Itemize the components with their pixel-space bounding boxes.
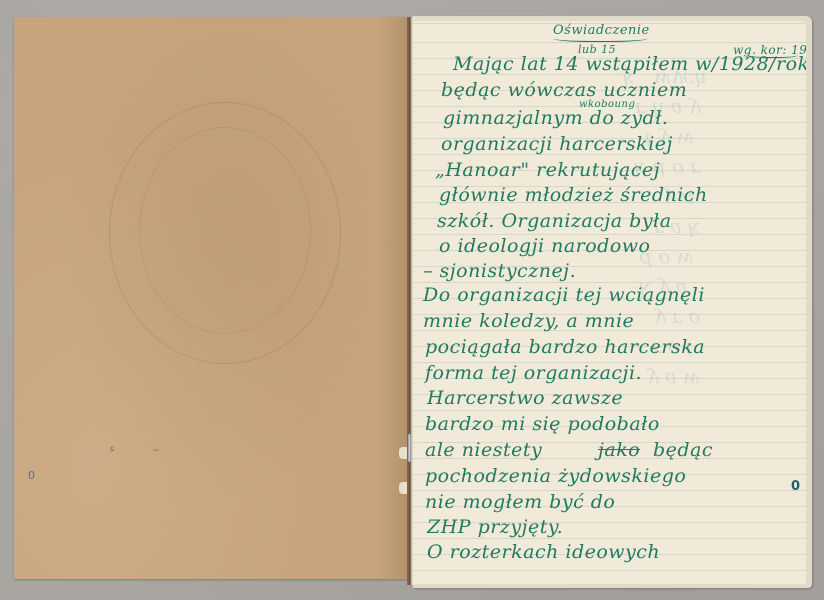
text-line-7: szkół. Organizacja była [437,210,672,232]
text-line-6: głównie młodzież średnich [439,184,708,206]
inserted-word: będąc [653,439,713,461]
text-line-8: o ideologji narodowo [439,235,650,257]
text-line-10: Do organizacji tej wciągnęli [423,284,705,306]
right-margin-mark: 0 [791,479,800,494]
left-margin-mark: 0 [28,469,35,482]
text-line-19: ZHP przyjęty. [427,516,563,538]
text-line-4: organizacji harcerskiej [441,133,673,155]
text-line-11: mnie koledzy, a mnie [423,310,634,332]
text-line-1: Mając lat 14 wstąpiłem w/1928/roku [453,53,806,75]
text-line-15: bardzo mi się podobało [425,413,660,435]
text-line-14: Harcerstwo zawsze [427,387,623,409]
text-line-9: – sjonistycznej. [423,260,576,282]
text-line-3: gimnazjalnym do zydł. [443,107,668,129]
text-line-17: pochodzenia żydowskiego [425,465,686,487]
faint-stamp-inner [139,127,311,334]
text-line-13: forma tej organizacji. [425,362,642,384]
text-line-2: będąc wówczas uczniem [441,79,687,101]
text-line-20: O rozterkach ideowych [427,541,660,563]
heading-underline [553,33,648,42]
left-cover-page: 0 ɕ ~ [14,17,409,579]
text-line-18: nie mogłem być do [425,491,615,513]
ink-speck: ~ [152,446,160,456]
staple [408,434,411,462]
text-line-5: „Hanoar" rekrutującej [435,159,660,181]
struck-word: jako [598,439,640,461]
text-line-16: ale niestety [425,439,542,461]
text-line-12: pociągała bardzo harcerska [425,336,705,358]
right-notebook-page: ɥɔʎʍ ʞ ʎ ɐ ɥ ɹ ʍ ʎ ʇ ɹ o p ʞ ɐ ʎ ʞ ɐ ɹ ʍ… [413,21,806,584]
ink-speck: ɕ [110,444,114,453]
